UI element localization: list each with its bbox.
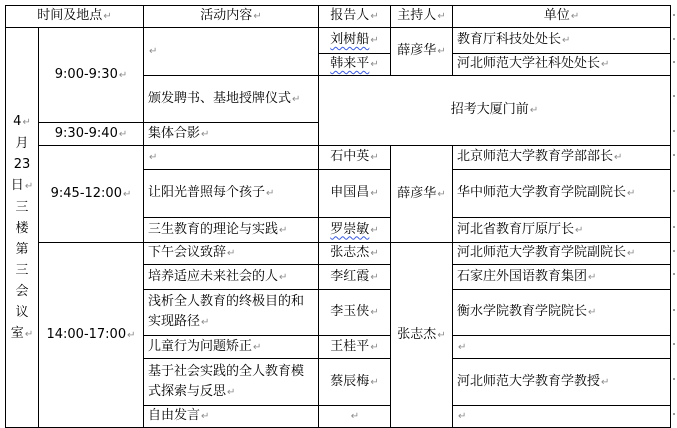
award-activity-cell: 颁发聘书、基地授牌仪式↵ <box>144 76 319 123</box>
activity-cell: 让阳光普照每个孩子↵ <box>144 170 319 218</box>
unit-text: 河北师范大学教育学院副院长 <box>457 245 626 260</box>
speaker-cell: ↵ <box>319 406 391 428</box>
unit-cell: 河北师范大学教育学院副院长↵ <box>453 243 671 265</box>
speaker-name: 张志杰 <box>330 245 369 260</box>
paragraph-mark: ↵ <box>22 117 30 128</box>
paragraph-mark: ↵ <box>370 225 378 236</box>
paragraph-mark: ↵ <box>149 152 157 163</box>
activity-cell: 自由发言↵ <box>144 406 319 428</box>
header-speaker-cell: 报告人↵ <box>319 6 391 28</box>
paragraph-mark: ↵ <box>25 329 33 340</box>
paragraph-mark: ↵ <box>370 377 378 388</box>
header-host-label: 主持人 <box>397 8 436 23</box>
opening-host-cell: 薛彦华↵ <box>391 28 453 76</box>
paragraph-mark: ↵ <box>627 248 635 259</box>
end-of-row-mark <box>673 38 675 40</box>
end-of-row-mark <box>673 378 675 380</box>
paragraph-mark: ↵ <box>227 387 235 398</box>
activity-cell: 下午会议致辞↵ <box>144 243 319 265</box>
unit-cell: 石家庄外国语教育集团↵ <box>453 265 671 290</box>
date-location-line: 室↵ <box>6 323 38 345</box>
speaker-name: 石中英 <box>330 149 369 164</box>
paragraph-mark: ↵ <box>279 225 287 236</box>
date-location-line: 4↵ <box>6 111 38 133</box>
paragraph-mark: ↵ <box>601 377 609 388</box>
end-of-row-mark <box>673 61 675 63</box>
unit-text: 华中师范大学教育学院副院长 <box>457 185 626 200</box>
paragraph-mark: ↵ <box>119 129 127 140</box>
date-location-line: 楼 <box>6 218 38 239</box>
speaker-name: 申国昌 <box>330 185 369 200</box>
date-location-cell: 4↵ 月 23 日↵ 三 楼 第 三 会 议 室↵ <box>6 28 39 428</box>
activity-text: 浅析全人教育的终极目的和实现路径 <box>148 294 304 329</box>
speaker-cell: 韩来平↵ <box>319 54 391 76</box>
activity-cell: 基于社会实践的全人教育模式探索与反思↵ <box>144 359 319 406</box>
paragraph-mark: ↵ <box>370 248 378 259</box>
speaker-name: 罗崇敏 <box>330 222 369 237</box>
unit-cell: 河北师范大学教育学教授↵ <box>453 359 671 406</box>
header-unit-cell: 单位↵ <box>453 6 671 28</box>
header-row: 时间及地点↵ 活动内容↵ 报告人↵ 主持人↵ 单位↵ <box>6 6 671 28</box>
activity-text: 集体合影 <box>148 126 200 141</box>
speaker-cell: 石中英↵ <box>319 146 391 170</box>
unit-cell: 河北省教育厅原厅长↵ <box>453 218 671 243</box>
table-row: 14:00-17:00↵ 下午会议致辞↵ 张志杰↵ 张志杰↵ 河北师范大学教育学… <box>6 243 671 265</box>
activity-text: 下午会议致辞 <box>148 245 226 260</box>
date-location-line: 月 <box>6 133 38 154</box>
date-location-line: 23 <box>6 154 38 175</box>
unit-cell: 北京师范大学教育学部部长↵ <box>453 146 671 170</box>
photo-time-cell: 9:30-9:40↵ <box>39 123 144 146</box>
paragraph-mark: ↵ <box>562 35 570 46</box>
paragraph-mark: ↵ <box>530 105 538 116</box>
speaker-name: 刘树船 <box>330 32 369 47</box>
venue-text: 招考大厦门前 <box>451 102 529 117</box>
unit-cell: 河北师范大学社科处处长↵ <box>453 54 671 76</box>
paragraph-mark: ↵ <box>266 188 274 199</box>
date-location-line: 三 <box>6 260 38 281</box>
unit-text: 河北师范大学教育学教授 <box>457 374 600 389</box>
paragraph-mark: ↵ <box>437 11 445 22</box>
paragraph-mark: ↵ <box>123 189 131 200</box>
paragraph-mark: ↵ <box>201 317 209 328</box>
paragraph-mark: ↵ <box>201 411 209 422</box>
morning-host-cell: 薛彦华↵ <box>391 146 453 243</box>
speaker-name: 李红霞 <box>330 269 369 284</box>
activity-cell: 浅析全人教育的终极目的和实现路径↵ <box>144 290 319 336</box>
paragraph-mark: ↵ <box>253 11 261 22</box>
date-location-line: 议 <box>6 302 38 323</box>
end-of-row-mark <box>673 343 675 345</box>
venue-cell: 招考大厦门前↵ <box>319 76 671 146</box>
end-of-row-mark <box>673 154 675 156</box>
paragraph-mark: ↵ <box>601 59 609 70</box>
paragraph-mark: ↵ <box>149 46 157 57</box>
end-of-row-mark <box>673 273 675 275</box>
paragraph-mark: ↵ <box>458 411 466 422</box>
end-of-row-mark <box>673 226 675 228</box>
end-of-row-mark <box>673 130 675 132</box>
unit-cell: 衡水学院教育学院院长↵ <box>453 290 671 336</box>
end-of-row-mark <box>673 95 675 97</box>
date-location-line: 日↵ <box>6 175 38 197</box>
host-name: 薛彦华 <box>397 186 436 201</box>
host-name: 薛彦华 <box>397 43 436 58</box>
paragraph-mark: ↵ <box>370 307 378 318</box>
schedule-table: 时间及地点↵ 活动内容↵ 报告人↵ 主持人↵ 单位↵ 4↵ 月 23 日↵ 三 … <box>5 5 671 428</box>
paragraph-mark: ↵ <box>227 248 235 259</box>
speaker-cell: 张志杰↵ <box>319 243 391 265</box>
speaker-cell: 刘树船↵ <box>319 28 391 54</box>
unit-text: 河北省教育厅原厅长 <box>457 222 574 237</box>
paragraph-mark: ↵ <box>351 411 359 422</box>
paragraph-mark: ↵ <box>575 225 583 236</box>
table-row: 4↵ 月 23 日↵ 三 楼 第 三 会 议 室↵ 9:00-9:30↵ ↵ 刘… <box>6 28 671 54</box>
paragraph-mark: ↵ <box>253 342 261 353</box>
speaker-cell: 申国昌↵ <box>319 170 391 218</box>
date-location-line: 三 <box>6 197 38 218</box>
photo-activity-cell: 集体合影↵ <box>144 123 319 146</box>
paragraph-mark: ↵ <box>279 272 287 283</box>
paragraph-mark: ↵ <box>25 181 33 192</box>
end-of-row-mark <box>673 413 675 415</box>
speaker-cell: 蔡辰梅↵ <box>319 359 391 406</box>
unit-text: 衡水学院教育学院院长 <box>457 304 587 319</box>
table-row: 9:45-12:00↵ ↵ 石中英↵ 薛彦华↵ 北京师范大学教育学部部长↵ <box>6 146 671 170</box>
speaker-cell: 李玉侠↵ <box>319 290 391 336</box>
paragraph-mark: ↵ <box>370 342 378 353</box>
paragraph-mark: ↵ <box>588 307 596 318</box>
speaker-cell: 王桂平↵ <box>319 336 391 359</box>
paragraph-mark: ↵ <box>292 94 300 105</box>
speaker-cell: 罗崇敏↵ <box>319 218 391 243</box>
unit-text: 北京师范大学教育学部部长 <box>457 149 613 164</box>
speaker-name: 王桂平 <box>330 339 369 354</box>
host-name: 张志杰 <box>397 327 436 342</box>
paragraph-mark: ↵ <box>370 11 378 22</box>
afternoon-time-cell: 14:00-17:00↵ <box>39 243 144 428</box>
speaker-name: 蔡辰梅 <box>330 374 369 389</box>
end-of-row-mark <box>673 309 675 311</box>
activity-text: 培养适应未来社会的人 <box>148 269 278 284</box>
activity-text: 儿童行为问题矫正 <box>148 339 252 354</box>
date-location-line: 会 <box>6 281 38 302</box>
header-activity-cell: 活动内容↵ <box>144 6 319 28</box>
paragraph-mark: ↵ <box>588 272 596 283</box>
unit-cell: 教育厅科技处处长↵ <box>453 28 671 54</box>
activity-cell: 三生教育的理论与实践↵ <box>144 218 319 243</box>
paragraph-mark: ↵ <box>103 11 111 22</box>
end-of-row-mark <box>673 14 675 16</box>
header-unit-label: 单位 <box>544 8 570 23</box>
paragraph-mark: ↵ <box>127 330 135 341</box>
speaker-name: 李玉侠 <box>330 304 369 319</box>
activity-cell: 儿童行为问题矫正↵ <box>144 336 319 359</box>
paragraph-mark: ↵ <box>370 35 378 46</box>
activity-text: 自由发言 <box>148 408 200 423</box>
end-of-row-mark <box>673 190 675 192</box>
header-time-location-cell: 时间及地点↵ <box>6 6 144 28</box>
end-of-row-mark <box>673 250 675 252</box>
morning-time-cell: 9:45-12:00↵ <box>39 146 144 243</box>
opening-time-cell: 9:00-9:30↵ <box>39 28 144 123</box>
paragraph-mark: ↵ <box>614 152 622 163</box>
paragraph-mark: ↵ <box>370 59 378 70</box>
unit-text: 石家庄外国语教育集团 <box>457 269 587 284</box>
activity-text: 三生教育的理论与实践 <box>148 222 278 237</box>
date-location-line: 第 <box>6 239 38 260</box>
paragraph-mark: ↵ <box>437 189 445 200</box>
header-speaker-label: 报告人 <box>330 8 369 23</box>
unit-cell: 华中师范大学教育学院副院长↵ <box>453 170 671 218</box>
opening-activity-empty-cell: ↵ <box>144 28 319 76</box>
activity-cell: ↵ <box>144 146 319 170</box>
paragraph-mark: ↵ <box>627 188 635 199</box>
speaker-cell: 李红霞↵ <box>319 265 391 290</box>
activity-cell: 培养适应未来社会的人↵ <box>144 265 319 290</box>
paragraph-mark: ↵ <box>571 11 579 22</box>
paragraph-mark: ↵ <box>370 152 378 163</box>
paragraph-mark: ↵ <box>201 129 209 140</box>
unit-text: 河北师范大学社科处处长 <box>457 56 600 71</box>
header-activity-label: 活动内容 <box>200 8 252 23</box>
header-time-location-label: 时间及地点 <box>37 8 102 23</box>
paragraph-mark: ↵ <box>370 188 378 199</box>
unit-cell: ↵ <box>453 406 671 428</box>
paragraph-mark: ↵ <box>370 272 378 283</box>
activity-text: 让阳光普照每个孩子 <box>148 185 265 200</box>
activity-text: 颁发聘书、基地授牌仪式 <box>148 91 291 106</box>
paragraph-mark: ↵ <box>437 46 445 57</box>
speaker-name: 韩来平 <box>330 56 369 71</box>
activity-text: 基于社会实践的全人教育模式探索与反思 <box>148 364 304 399</box>
paragraph-mark: ↵ <box>119 70 127 81</box>
header-host-cell: 主持人↵ <box>391 6 453 28</box>
paragraph-mark: ↵ <box>458 342 466 353</box>
unit-text: 教育厅科技处处长 <box>457 32 561 47</box>
afternoon-host-cell: 张志杰↵ <box>391 243 453 428</box>
unit-cell: ↵ <box>453 336 671 359</box>
paragraph-mark: ↵ <box>437 330 445 341</box>
